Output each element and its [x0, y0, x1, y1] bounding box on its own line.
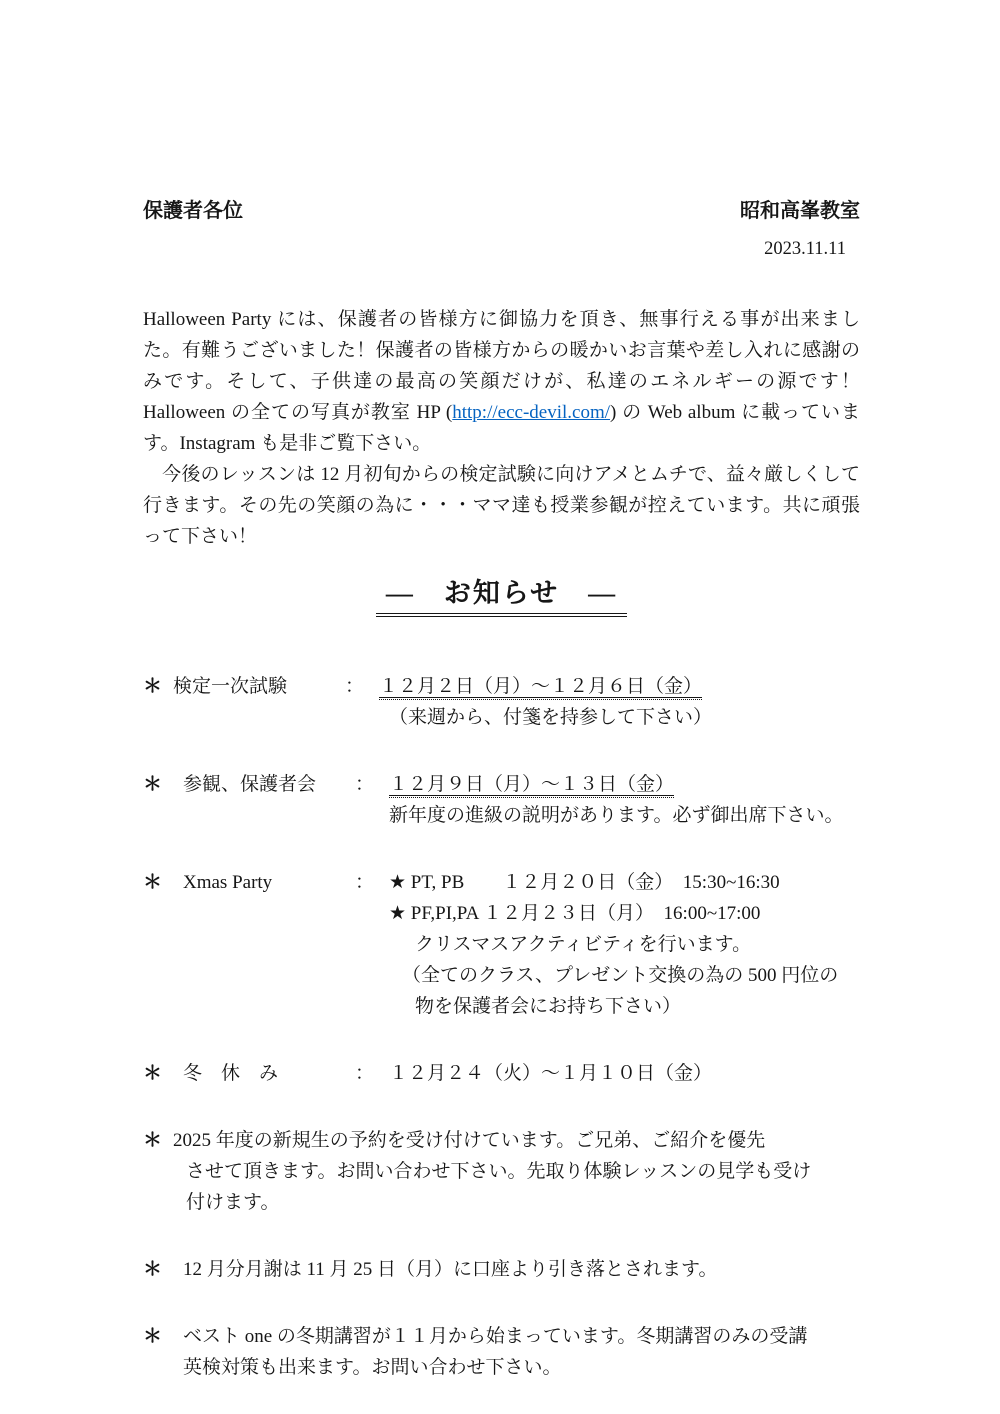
xmas-line-pf-pi-pa: ★ PF,PI,PA １２月２３日（月） 16:00~17:00: [389, 898, 860, 929]
school-name: 昭和高峯教室: [740, 196, 860, 227]
winter-break-date-range: １２月２４（火）～１月１０日（金）: [389, 1058, 860, 1089]
item-bullet: ＊: [143, 867, 173, 1022]
exam-note: （来週から、付箋を持参して下さい）: [379, 702, 860, 733]
notice-item-observation: ＊ 参観、保護者会 ： １２月９日（月）～１３日（金） 新年度の進級の説明があり…: [143, 769, 860, 831]
item-label: Xmas Party: [173, 867, 355, 1022]
xmas-line-pt-pb: ★ PT, PB １２月２０日（金） 15:30~16:30: [389, 867, 860, 898]
item-content: 12 月分月謝は 11 月 25 日（月）に口座より引き落とされます。: [173, 1254, 860, 1285]
notice-items: ＊ 検定一次試験 ： １２月２日（月）～１２月６日（金） （来週から、付箋を持参…: [143, 671, 860, 1383]
item-label: 参観、保護者会: [173, 769, 355, 831]
item-bullet: ＊: [143, 1125, 173, 1218]
notice-item-xmas-party: ＊ Xmas Party ： ★ PT, PB １２月２０日（金） 15:30~…: [143, 867, 860, 1022]
xmas-line-present-2: 物を保護者会にお持ち下さい）: [389, 991, 860, 1022]
winter-course-line-1: ベスト one の冬期講習が１１月から始まっています。冬期講習のみの受講: [183, 1321, 860, 1352]
item-label: 冬 休 み: [173, 1058, 355, 1089]
item-colon: ：: [355, 867, 389, 1022]
intro-paragraphs: Halloween Party には、保護者の皆様方に御協力を頂き、無事行える事…: [143, 304, 860, 552]
item-bullet: ＊: [143, 1058, 173, 1089]
exam-date-line: １２月２日（月）～１２月６日（金）: [379, 671, 860, 702]
item-content: 2025 年度の新規生の予約を受け付けています。ご兄弟、ご紹介を優先 させて頂き…: [173, 1125, 860, 1218]
homepage-link[interactable]: http://ecc-devil.com/: [452, 402, 610, 423]
item-label: 検定一次試験: [173, 671, 345, 733]
item-bullet: ＊: [143, 1254, 173, 1285]
item-colon: ：: [355, 1058, 389, 1089]
item-bullet: ＊: [143, 769, 173, 831]
recipient: 保護者各位: [143, 196, 243, 227]
intro-paragraph-1: Halloween Party には、保護者の皆様方に御協力を頂き、無事行える事…: [143, 304, 860, 459]
item-content: １２月２日（月）～１２月６日（金） （来週から、付箋を持参して下さい）: [379, 671, 860, 733]
notice-heading: ― お知らせ ―: [376, 576, 627, 617]
notice-item-winter-break: ＊ 冬 休 み ： １２月２４（火）～１月１０日（金）: [143, 1058, 860, 1089]
notice-item-new-students: ＊ 2025 年度の新規生の予約を受け付けています。ご兄弟、ご紹介を優先 させて…: [143, 1125, 860, 1218]
observation-date-line: １２月９日（月）～１３日（金）: [389, 769, 860, 800]
xmas-line-activity: クリスマスアクティビティを行います。: [389, 929, 860, 960]
letter-header: 保護者各位 昭和高峯教室: [143, 196, 860, 227]
letter-date: 2023.11.11: [143, 234, 860, 265]
tuition-line: 12 月分月謝は 11 月 25 日（月）に口座より引き落とされます。: [183, 1254, 860, 1285]
xmas-line-present-1: （全てのクラス、プレゼント交換の為の 500 円位の: [389, 960, 860, 991]
notice-heading-wrap: ― お知らせ ―: [143, 576, 860, 617]
exam-date-range: １２月２日（月）～１２月６日（金）: [379, 676, 702, 698]
observation-date-range: １２月９日（月）～１３日（金）: [389, 774, 674, 796]
notice-item-winter-course: ＊ ベスト one の冬期講習が１１月から始まっています。冬期講習のみの受講 英…: [143, 1321, 860, 1383]
letter-page: 保護者各位 昭和高峯教室 2023.11.11 Halloween Party …: [0, 0, 1000, 1414]
item-colon: ：: [345, 671, 379, 733]
item-colon: ：: [355, 769, 389, 831]
item-content: １２月２４（火）～１月１０日（金）: [389, 1058, 860, 1089]
item-content: ベスト one の冬期講習が１１月から始まっています。冬期講習のみの受講 英検対…: [173, 1321, 860, 1383]
item-bullet: ＊: [143, 1321, 173, 1383]
new-students-line-2: させて頂きます。お問い合わせ下さい。先取り体験レッスンの見学も受け: [173, 1156, 860, 1187]
notice-item-tuition: ＊ 12 月分月謝は 11 月 25 日（月）に口座より引き落とされます。: [143, 1254, 860, 1285]
item-content: ★ PT, PB １２月２０日（金） 15:30~16:30 ★ PF,PI,P…: [389, 867, 860, 1022]
item-content: １２月９日（月）～１３日（金） 新年度の進級の説明があります。必ず御出席下さい。: [389, 769, 860, 831]
item-bullet: ＊: [143, 671, 173, 733]
new-students-line-1: 2025 年度の新規生の予約を受け付けています。ご兄弟、ご紹介を優先: [173, 1125, 860, 1156]
notice-item-exam: ＊ 検定一次試験 ： １２月２日（月）～１２月６日（金） （来週から、付箋を持参…: [143, 671, 860, 733]
intro-paragraph-2: 今後のレッスンは 12 月初旬からの検定試験に向けアメとムチで、益々厳しくして行…: [143, 459, 860, 552]
new-students-line-3: 付けます。: [173, 1187, 860, 1218]
winter-course-line-2: 英検対策も出来ます。お問い合わせ下さい。: [183, 1352, 860, 1383]
observation-note: 新年度の進級の説明があります。必ず御出席下さい。: [389, 800, 860, 831]
